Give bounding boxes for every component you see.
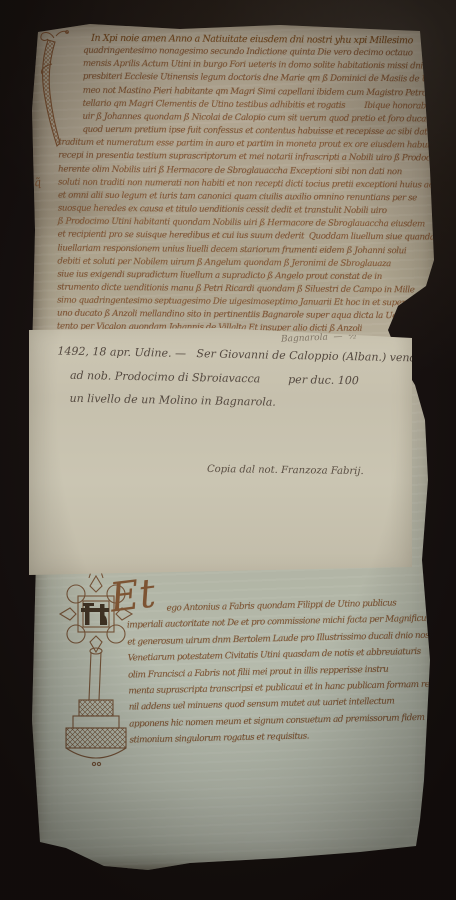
signum-base bbox=[66, 748, 126, 758]
slip-copy-note: Copia dal not. Franzoza Fabrij. bbox=[207, 464, 364, 477]
slip-summary-note: 1492, 18 apr. Udine. — Ser Giovanni de C… bbox=[56, 339, 423, 417]
charter-latin-text: In Xpi noie amen Anno a Natiuitate eiusd… bbox=[57, 32, 437, 351]
archivist-slip: Bagnarola — ½ 1492, 18 apr. Udine. — Ser… bbox=[29, 328, 412, 575]
signum-monogram bbox=[81, 603, 109, 625]
marginal-mark: q̃ bbox=[33, 176, 42, 190]
signum-stem bbox=[89, 652, 101, 700]
photo-background: q̃ In Xpi noie amen Anno a Natiuitate ei… bbox=[0, 0, 456, 900]
notarial-clause-text: ego Antonius a Fabris quondam Filippi de… bbox=[126, 594, 441, 749]
initial-body bbox=[43, 40, 60, 146]
